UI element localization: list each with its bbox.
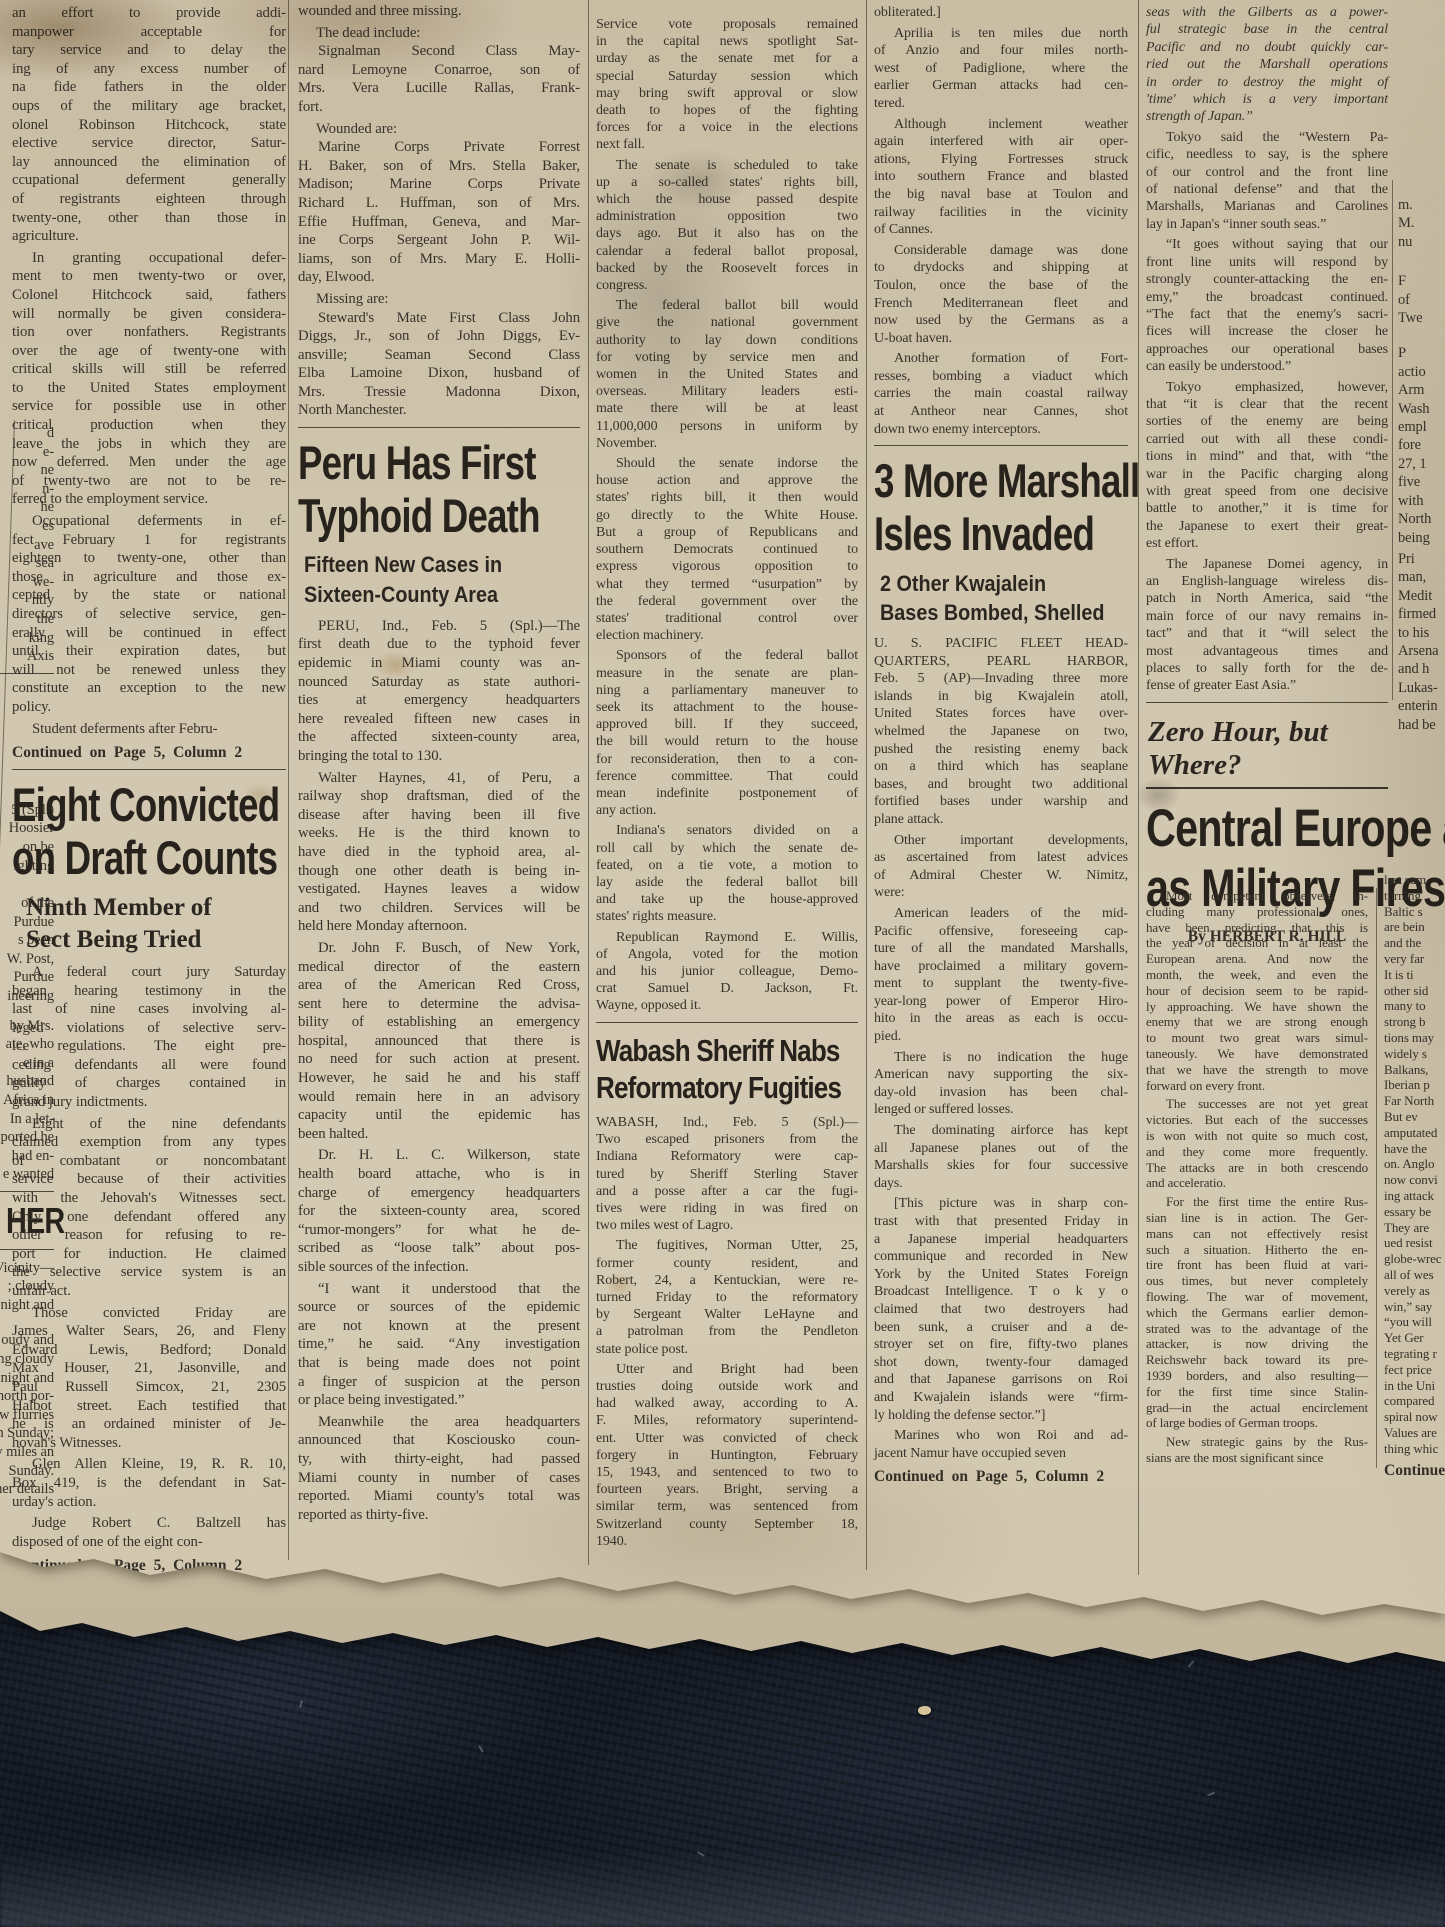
text-line: November. xyxy=(596,435,858,452)
text-line: and the xyxy=(1384,935,1445,951)
text-line: and take up the house-approved xyxy=(596,891,858,908)
text-line: day-old invasion has been chal- xyxy=(874,1084,1128,1102)
headline: Peru Has FirstTyphoid Death xyxy=(298,437,580,542)
subhead: Fifteen New Cases inSixteen-County Area xyxy=(304,550,580,609)
text-line: fore xyxy=(1398,436,1445,454)
text-line: ued resist xyxy=(1384,1235,1445,1251)
text-line: for the first time since Stalin- xyxy=(1146,1384,1368,1400)
headline-line: Typhoid Death xyxy=(298,490,518,543)
text-line: Colonel Hitchcock said, fathers xyxy=(12,286,286,305)
headline-line: on Draft Counts xyxy=(12,832,226,885)
text-line: “The fact that the enemy's sacri- xyxy=(1146,306,1388,323)
text-line: The senate is scheduled to take xyxy=(596,157,858,174)
text-line: compared xyxy=(1384,1393,1445,1409)
text-line: amputated xyxy=(1384,1125,1445,1141)
text-line: what they termed “usurpation” by xyxy=(596,576,858,593)
text-line: health board attache, who is in xyxy=(298,1165,580,1184)
text-line: last of nine cases involving al- xyxy=(12,1000,286,1019)
text-line: and acceleratio. xyxy=(1146,1175,1368,1191)
text-line: twenty-one, other than those in xyxy=(12,209,286,228)
text-line: Wayne, opposed it. xyxy=(596,997,858,1014)
text-line: epidemic in Miami county was an- xyxy=(298,654,580,673)
paragraph: Steward's Mate First Class JohnDiggs, Jr… xyxy=(298,309,580,421)
text-line: at Antheor near Cannes, shot xyxy=(874,403,1128,421)
line-fragments: m.M.nu xyxy=(1398,196,1445,251)
section-rule xyxy=(874,445,1128,446)
text-line: Marshalls, Marianas and Carolines xyxy=(1146,198,1388,215)
text-line: attacker, is now driving the xyxy=(1146,1336,1368,1352)
text-line: administration opposition two xyxy=(596,208,858,225)
text-line: policy. xyxy=(12,698,286,717)
text-line: the big naval base at Toulon and xyxy=(874,186,1128,204)
text-line: Republican Raymond E. Willis, xyxy=(596,929,858,946)
paragraph: Tokyo emphasized, however,that “it is cl… xyxy=(1146,379,1388,553)
paragraph: Marines who won Roi and ad-jacent Namur … xyxy=(874,1427,1128,1462)
headline: Wabash Sheriff NabsReformatory Fugities xyxy=(596,1032,858,1106)
text-line: approaches our operational bases xyxy=(1146,341,1388,358)
headline-line: Central Europe a xyxy=(1146,799,1335,859)
text-line: calendar a federal ballot proposal, xyxy=(596,243,858,260)
text-line: bringing the total to 130. xyxy=(298,747,580,766)
text-line: backed by the Roosevelt forces in xyxy=(596,260,858,277)
continued: Continued on Page 5, Column 2 xyxy=(12,744,286,762)
text-line: scribed as “loose talk” about pos- xyxy=(298,1239,580,1258)
text-line: Pacific and no doubt quickly car- xyxy=(1146,39,1388,56)
text-line: tives were riding in was fired on xyxy=(596,1200,858,1217)
text-line: leged violations of selective serv- xyxy=(12,1019,286,1038)
text-line: na fide fathers in the older xyxy=(12,78,286,97)
text-line: North xyxy=(1398,510,1445,528)
text-line: Tokyo said the “Western Pa- xyxy=(1146,129,1388,146)
text-line: PERU, Ind., Feb. 5 (Spl.)—The xyxy=(298,617,580,636)
text-line: Indiana Reformatory were cap- xyxy=(596,1148,858,1165)
text-line: 'time' which is a very important xyxy=(1146,91,1388,108)
paragraph: Tokyo said the “Western Pa-cific, needle… xyxy=(1146,129,1388,233)
paragraph: PERU, Ind., Feb. 5 (Spl.)—Thefirst death… xyxy=(298,617,580,766)
text-line: Paul Russell Simcox, 21, 2305 xyxy=(12,1378,286,1397)
text-line: Lukas- xyxy=(1398,679,1445,697)
text-line: time,” he said. “Any investigation xyxy=(298,1335,580,1354)
column-central-europe-body-right: last sumturningBaltic sare beinand theve… xyxy=(1384,872,1445,1482)
text-line: fortified bases under warship and xyxy=(874,793,1128,811)
text-line: and they come more frequently. xyxy=(1146,1144,1368,1160)
text-line: essary be xyxy=(1384,1204,1445,1220)
text-line: an effort to provide addi- xyxy=(12,4,286,23)
text-line: agriculture. xyxy=(12,227,286,246)
text-line: Baltic s xyxy=(1384,904,1445,920)
text-line: of xyxy=(1398,291,1445,309)
text-line: ly approaching. We have shown the xyxy=(1146,999,1368,1015)
paragraph: U. S. PACIFIC FLEET HEAD-QUARTERS, PEARL… xyxy=(874,635,1128,829)
text-line: cepted by the state or national xyxy=(12,586,286,605)
text-line: lay aside the federal ballot bill xyxy=(596,874,858,891)
text-line: fect price xyxy=(1384,1362,1445,1378)
text-line: firmed xyxy=(1398,605,1445,623)
text-line: leave the jobs in which they are xyxy=(12,435,286,454)
text-line: express vigorous opposition to xyxy=(596,558,858,575)
text-line: would remain here in an advisory xyxy=(298,1088,580,1107)
text-line: flowing. The war of movement, xyxy=(1146,1289,1368,1305)
text-line: election machinery. xyxy=(596,627,858,644)
column-central-europe-body-left: Most competent observers, in-cluding man… xyxy=(1146,888,1368,1469)
text-line: feated, on a tie vote, a motion to xyxy=(596,857,858,874)
text-line: lay announced the elimination of xyxy=(12,153,286,172)
text-line: vestigated. Haynes leaves a widow xyxy=(298,880,580,899)
text-line: Balkans, xyxy=(1384,1062,1445,1078)
text-line: for the sixteen-county area, scored xyxy=(298,1202,580,1221)
text-line: York by the United States Foreign xyxy=(874,1266,1128,1284)
text-line: Considerable damage was done xyxy=(874,242,1128,260)
text-line: up a so-called states' rights bill, xyxy=(596,174,858,191)
text-line: fices will increase the closer he xyxy=(1146,323,1388,340)
text-line: directors of selective service, gen- xyxy=(12,605,286,624)
text-line: with the Jehovah's Witnesses sect. xyxy=(12,1189,286,1208)
text-line: hito in the areas as each is occu- xyxy=(874,1010,1128,1028)
text-line: service because of their activities xyxy=(12,1170,286,1189)
text-line: all Japanese planes out of the xyxy=(874,1140,1128,1158)
text-line: elective service director, Satur- xyxy=(12,134,286,153)
text-line: of national defense” and that the xyxy=(1146,181,1388,198)
paragraph: A federal court jury Saturdaybegan heari… xyxy=(12,963,286,1112)
text-line: In granting occupational defer- xyxy=(12,249,286,268)
text-line: claimed that two destroyers had xyxy=(874,1301,1128,1319)
text-line: now convi xyxy=(1384,1172,1445,1188)
paragraph: “I want it understood that thesource or … xyxy=(298,1280,580,1410)
text-line: hour of decision seem to be rapid- xyxy=(1146,983,1368,999)
text-line: obliterated.] xyxy=(874,4,1128,22)
text-line: and his junior colleague, Demo- xyxy=(596,963,858,980)
text-line: tions may xyxy=(1384,1030,1445,1046)
text-line: grand jury indictments. xyxy=(12,1093,286,1112)
text-line: Miami county in number of cases xyxy=(298,1469,580,1488)
text-line: ment to men twenty-two or over, xyxy=(12,267,286,286)
line-fragments: FofTwe xyxy=(1398,272,1445,327)
text-line: 27, 1 xyxy=(1398,455,1445,473)
subhead-line: Sect Being Tried xyxy=(26,924,286,955)
text-line: in the capital news spotlight Sat- xyxy=(596,33,858,50)
paragraph: seas with the Gilberts as a power-ful st… xyxy=(1146,4,1388,126)
text-line: Should the senate indorse the xyxy=(596,455,858,472)
text-line: wounded and three missing. xyxy=(298,2,580,21)
text-line: and two children. Services will be xyxy=(298,899,580,918)
text-line: announced that Kosciousko coun- xyxy=(298,1431,580,1450)
text-line: of Anzio and four miles north- xyxy=(874,42,1128,60)
text-line: eighteen to twenty-one, other than xyxy=(12,549,286,568)
text-line: cluding many professional ones, xyxy=(1146,904,1368,920)
text-line: constitute an exception to the new xyxy=(12,679,286,698)
text-line: actio xyxy=(1398,363,1445,381)
text-line: victories. But each of the successes xyxy=(1146,1112,1368,1128)
text-line: of Angola, voted for the motion xyxy=(596,946,858,963)
text-line: carried out with all these condi- xyxy=(1146,431,1388,448)
text-line: being xyxy=(1398,529,1445,547)
kicker: Zero Hour, but Where? xyxy=(1146,714,1388,789)
text-line: claimed exemption from any types xyxy=(12,1133,286,1152)
text-line: globe-wrec xyxy=(1384,1251,1445,1267)
paragraph: Student deferments after Febru- xyxy=(12,720,286,739)
paragraph: wounded and three missing. xyxy=(298,2,580,21)
text-line: ference committee. That could xyxy=(596,768,858,785)
text-line: sians are the most significant since xyxy=(1146,1450,1368,1466)
text-line: are not known at the present xyxy=(298,1317,580,1336)
text-line: 11,000,000 persons in uniform by xyxy=(596,418,858,435)
text-line: tegrating r xyxy=(1384,1346,1445,1362)
text-line: Judge Robert C. Baltzell has xyxy=(12,1514,286,1533)
paragraph: Most competent observers, in-cluding man… xyxy=(1146,888,1368,1093)
section-rule xyxy=(12,769,286,770)
text-line: 15, 1943, and sentenced to two to xyxy=(596,1464,858,1481)
text-line: women in the United States and xyxy=(596,366,858,383)
text-line: bility of establishing an emergency xyxy=(298,1013,580,1032)
text-line: Mrs. Vera Lucille Rallas, Frank- xyxy=(298,79,580,98)
text-line: turning xyxy=(1384,888,1445,904)
text-line: The fugitives, Norman Utter, 25, xyxy=(596,1237,858,1254)
text-line: Mrs. Tressie Madonna Dixon, xyxy=(298,383,580,402)
spacer xyxy=(1398,330,1445,344)
text-line: ceding defendants all were found xyxy=(12,1056,286,1075)
text-line: Pri xyxy=(1398,550,1445,568)
headline-line: Reformatory Fugities xyxy=(596,1069,816,1106)
text-line: railway shop draftsman, died of the xyxy=(298,787,580,806)
text-line: Toulon, once the base of the xyxy=(874,277,1128,295)
text-line: fourteen years. Bright, serving a xyxy=(596,1481,858,1498)
text-line: seas with the Gilberts as a power- xyxy=(1146,4,1388,21)
text-line: stroyer set on fire, fifty-two planes xyxy=(874,1336,1128,1354)
section-rule xyxy=(298,427,580,428)
text-line: tered. xyxy=(874,95,1128,113)
text-line: sible sources of the infection. xyxy=(298,1258,580,1277)
text-line: Effie Huffman, Geneva, and Mar- xyxy=(298,213,580,232)
text-line: on a third which has seaplane xyxy=(874,758,1128,776)
paragraph: Sponsors of the federal ballotmeasure in… xyxy=(596,647,858,819)
text-line: two miles west of Lagro. xyxy=(596,1217,858,1234)
text-line: have been predicting that this is xyxy=(1146,920,1368,936)
text-line: places to sally forth for the de- xyxy=(1146,660,1388,677)
text-line: trast with that presented Friday in xyxy=(874,1213,1128,1231)
text-line: H. Baker, son of Mrs. Stella Baker, xyxy=(298,157,580,176)
text-line: to mount two great wars simul- xyxy=(1146,1030,1368,1046)
text-line: Marshalls skies for four successive xyxy=(874,1157,1128,1175)
text-line: Feb. 5 (AP)—Invading three more xyxy=(874,670,1128,688)
text-line: were: xyxy=(874,884,1128,902)
text-line: forgery in Huntington, February xyxy=(596,1447,858,1464)
section-rule xyxy=(1146,702,1388,703)
text-line: other sid xyxy=(1384,983,1445,999)
headline-line: Peru Has First xyxy=(298,437,518,490)
text-line: WABASH, Ind., Feb. 5 (Spl.)— xyxy=(596,1114,858,1131)
text-line: and that Japanese garrisons on Roi xyxy=(874,1371,1128,1389)
text-line: Dr. John F. Busch, of New York, xyxy=(298,939,580,958)
text-line: now used by the Germans as a xyxy=(874,312,1128,330)
text-line: will normally be given considera- xyxy=(12,305,286,324)
text-line: QUARTERS, PEARL HARBOR, xyxy=(874,653,1128,671)
text-line: strongly counter-attacking the en- xyxy=(1146,271,1388,288)
text-line: “I want it understood that the xyxy=(298,1280,580,1299)
text-line: erally will be continued in effect xyxy=(12,624,286,643)
text-line: war in the Pacific charging along xyxy=(1146,466,1388,483)
text-line: ice regulations. The eight pre- xyxy=(12,1037,286,1056)
text-line: of our control and the front line xyxy=(1146,164,1388,181)
text-line: very far xyxy=(1384,951,1445,967)
text-line: most advantageous times and xyxy=(1146,643,1388,660)
text-line: ly holding the defense sector.”] xyxy=(874,1407,1128,1425)
subhead: 2 Other KwajaleinBases Bombed, Shelled xyxy=(880,569,1128,628)
newspaper-page-wrap: de-nen-heesaveseawe-ntlythekingAxis5 (Sp… xyxy=(0,0,1445,1927)
text-line: forces for a voice in the elections xyxy=(596,119,858,136)
text-line: nard Lemoyne Conarroe, son of xyxy=(298,61,580,80)
text-line: Arsena xyxy=(1398,642,1445,660)
paragraph: obliterated.] xyxy=(874,4,1128,22)
headline-line: Wabash Sheriff Nabs xyxy=(596,1032,816,1069)
text-line: port for induction. He claimed xyxy=(12,1245,286,1264)
paragraph: Eight of the nine defendantsclaimed exem… xyxy=(12,1115,286,1301)
column-divider xyxy=(866,0,867,1570)
text-line: Marines who won Roi and ad- xyxy=(874,1427,1128,1445)
paragraph: Those convicted Friday areJames Walter S… xyxy=(12,1304,286,1453)
text-line: ing of any excess number of xyxy=(12,60,286,79)
paragraph: Should the senate indorse thehouse actio… xyxy=(596,455,858,644)
text-line: It is ti xyxy=(1384,967,1445,983)
spacer xyxy=(1398,254,1445,272)
text-line: to his xyxy=(1398,624,1445,642)
text-line: for voting by service men and xyxy=(596,349,858,366)
column-divider xyxy=(588,0,589,1565)
text-line: man, xyxy=(1398,568,1445,586)
text-line: house action and approve the xyxy=(596,472,858,489)
text-line: overseas. Military leaders esti- xyxy=(596,383,858,400)
text-line: European arena. And now the xyxy=(1146,951,1368,967)
text-line: Elba Lamoine Dixon, husband of xyxy=(298,364,580,383)
text-line: The federal ballot bill would xyxy=(596,297,858,314)
text-line: ent. Utter was convicted of check xyxy=(596,1430,858,1447)
text-line: or place being investigated.” xyxy=(298,1391,580,1410)
text-line: Glen Allen Kleine, 19, R. R. 10, xyxy=(12,1455,286,1474)
text-line: five xyxy=(1398,473,1445,491)
text-line: sian line is in action. The Ger- xyxy=(1146,1210,1368,1226)
text-line: approved bill. If they succeed, xyxy=(596,716,858,733)
subhead-line: 2 Other Kwajalein xyxy=(880,569,1098,598)
text-line: have the xyxy=(1384,1141,1445,1157)
text-line: Eight of the nine defendants xyxy=(12,1115,286,1134)
text-line: tured by Sheriff Sterling Staver xyxy=(596,1166,858,1183)
text-line: any action. xyxy=(596,802,858,819)
text-line: may bring swift approval or slow xyxy=(596,85,858,102)
text-line: empl xyxy=(1398,418,1445,436)
text-line: Indiana's senators divided on a xyxy=(596,822,858,839)
text-line: The Japanese Domei agency, in xyxy=(1146,556,1388,573)
paragraph: Dr. H. L. C. Wilkerson, statehealth boar… xyxy=(298,1146,580,1276)
text-line: Steward's Mate First Class John xyxy=(298,309,580,328)
paragraph: The successes are not yet greatvictories… xyxy=(1146,1096,1368,1191)
line-fragments: PactioArmWashemplfore27, 1fivewithNorthb… xyxy=(1398,344,1445,546)
text-line: authority to lay down conditions xyxy=(596,332,858,349)
text-line: measure in the senate are plan- xyxy=(596,665,858,682)
paragraph: The senate is scheduled to takeup a so-c… xyxy=(596,157,858,295)
subhead-line: Fifteen New Cases in xyxy=(304,550,547,579)
text-line: Most competent observers, in- xyxy=(1146,888,1368,904)
paragraph: Meanwhile the area headquartersannounced… xyxy=(298,1413,580,1525)
text-line: Switzerland county September 18, xyxy=(596,1516,858,1533)
text-line: enemy that we are strong enough xyxy=(1146,1014,1368,1030)
text-line: Far North xyxy=(1384,1093,1445,1109)
text-line: the year of decision in at least the xyxy=(1146,935,1368,951)
text-line: and Kwajalein islands were “firm- xyxy=(874,1389,1128,1407)
text-line: state police post. xyxy=(596,1341,858,1358)
text-line: fect February 1 for registrants xyxy=(12,531,286,550)
text-line: Aprilia is ten miles due north xyxy=(874,25,1128,43)
text-line: area of the American Red Cross, xyxy=(298,976,580,995)
text-line: sent here to determine the advisa- xyxy=(298,995,580,1014)
text-line: pied. xyxy=(874,1028,1128,1046)
text-line: critical production when they xyxy=(12,416,286,435)
text-line: tact” and that it “will select the xyxy=(1146,625,1388,642)
text-line: guilty of charges contained in xyxy=(12,1074,286,1093)
text-line: Only one defendant offered any xyxy=(12,1208,286,1227)
text-line: verely as xyxy=(1384,1283,1445,1299)
text-line: Student deferments after Febru- xyxy=(12,720,286,739)
text-line: 1940. xyxy=(596,1533,858,1550)
text-line: “you will xyxy=(1384,1314,1445,1330)
text-line: For the first time the entire Rus- xyxy=(1146,1194,1368,1210)
text-line: James Walter Sears, 26, and Fleny xyxy=(12,1322,286,1341)
text-line: of twenty-two are not to be re- xyxy=(12,472,286,491)
photo-of-newspaper: de-nen-heesaveseawe-ntlythekingAxis5 (Sp… xyxy=(0,0,1445,1927)
text-line: “It goes without saying that our xyxy=(1146,236,1388,253)
text-line: been halted. xyxy=(298,1125,580,1144)
text-line: Edward Lewis, Bedford; Donald xyxy=(12,1341,286,1360)
text-line: “rumor-mongers” for what he de- xyxy=(298,1221,580,1240)
text-line: Marine Corps Private Forrest xyxy=(298,138,580,157)
text-line: mate there will be at least xyxy=(596,400,858,417)
text-line: reported. Miami county's total was xyxy=(298,1487,580,1506)
text-line: main force of our navy remains in- xyxy=(1146,608,1388,625)
text-line: now deferred. Men under the age xyxy=(12,453,286,472)
text-line: islands in big Kwajalein atoll, xyxy=(874,688,1128,706)
paragraph: Considerable damage was doneto drydocks … xyxy=(874,242,1128,348)
text-line: service for possible use in other xyxy=(12,397,286,416)
text-line: front line units will respond by xyxy=(1146,254,1388,271)
text-line: west of Padiglione, where the xyxy=(874,60,1128,78)
text-line: Occupational deferments in ef- xyxy=(12,512,286,531)
text-line: last sum xyxy=(1384,872,1445,888)
subhead-line: Ninth Member of xyxy=(26,892,286,923)
text-line: tire front has been fluid at vari- xyxy=(1146,1257,1368,1273)
column-right-sliver: m.M.nuFofTwePactioArmWashemplfore27, 1fi… xyxy=(1398,196,1445,737)
text-line: reported as thirty-five. xyxy=(298,1506,580,1525)
text-line: communique and recorded in New xyxy=(874,1248,1128,1266)
text-line: the selective service system is an xyxy=(12,1263,286,1282)
text-line: mans can not effectively resist xyxy=(1146,1226,1368,1242)
paragraph: Marine Corps Private ForrestH. Baker, so… xyxy=(298,138,580,287)
paragraph: Republican Raymond E. Willis,of Angola, … xyxy=(596,929,858,1015)
text-line: urday's action. xyxy=(12,1493,286,1512)
text-line: of registrants eighteen through xyxy=(12,190,286,209)
text-line: Medit xyxy=(1398,587,1445,605)
text-line: F. Miles, reformatory superintend- xyxy=(596,1412,858,1429)
text-line: Twe xyxy=(1398,309,1445,327)
headline-line: Isles Invaded xyxy=(874,508,1072,561)
text-line: whelmed the Japanese on two, xyxy=(874,723,1128,741)
text-line: spiral now xyxy=(1384,1409,1445,1425)
label: Missing are: xyxy=(298,290,580,309)
paragraph: Signalman Second Class May-nard Lemoyne … xyxy=(298,42,580,116)
text-line: day, Elwood. xyxy=(298,268,580,287)
paragraph: Service vote proposals remainedin the ca… xyxy=(596,16,858,154)
text-line: Other important developments, xyxy=(874,832,1128,850)
text-line: ccupational deferment generally xyxy=(12,171,286,190)
text-line: all of wes xyxy=(1384,1267,1445,1283)
text-line: lay in Japan's “inner south seas.” xyxy=(1146,216,1388,233)
